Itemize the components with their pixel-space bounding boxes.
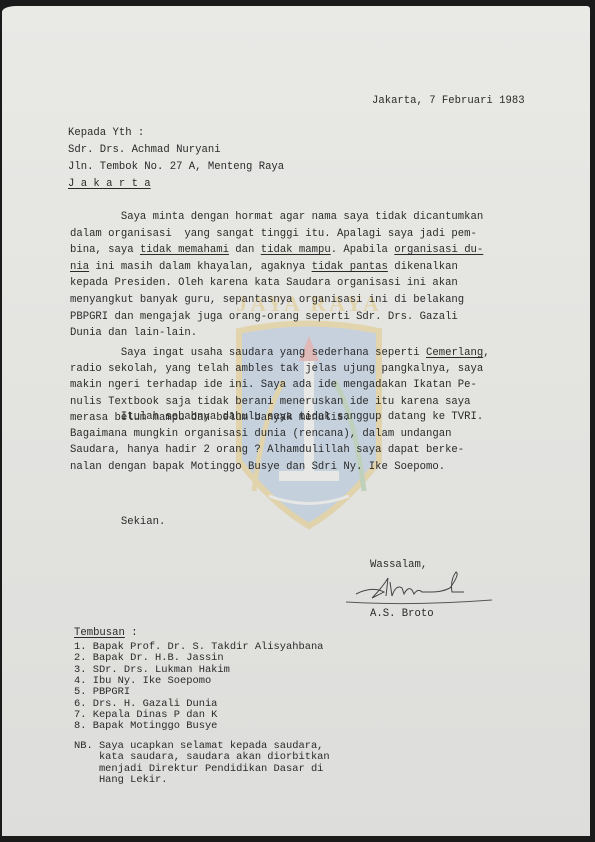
text-segment: Itulah sebabnya dahulu saya tidak sanggu… xyxy=(70,411,483,423)
paragraph-1-line: dalam organisasi yang sangat tinggi itu.… xyxy=(70,227,477,241)
paragraph-1-line: nia ini masih dalam khayalan, agaknya ti… xyxy=(70,260,458,274)
signatory-name: A.S. Broto xyxy=(370,607,434,621)
cc-list-item: 8. Bapak Motinggo Busye xyxy=(74,721,217,732)
recipient-street: Jln. Tembok No. 27 A, Menteng Raya xyxy=(68,160,284,174)
text-segment: . Apabila xyxy=(331,244,395,256)
recipient-name: Sdr. Drs. Achmad Nuryani xyxy=(68,143,221,157)
text-segment: ini masih dalam khayalan, agaknya xyxy=(89,261,312,273)
paragraph-2-line: makin ngeri terhadap ide ini. Saya ada i… xyxy=(70,378,477,392)
text-segment: nulis Textbook saja tidak berani menerus… xyxy=(70,396,471,408)
text-segment: dalam organisasi yang sangat tinggi itu.… xyxy=(70,228,477,240)
text-segment: Saya minta dengan hormat agar nama saya … xyxy=(70,211,483,223)
underlined-text: tidak mampu xyxy=(261,244,331,256)
paragraph-2-line: nulis Textbook saja tidak berani menerus… xyxy=(70,395,471,409)
underlined-text: organisasi du- xyxy=(394,244,483,256)
cc-list-item: 5. PBPGRI xyxy=(74,687,130,698)
text-segment: Saya ingat usaha saudara yang sederhana … xyxy=(70,347,426,359)
paragraph-1-line: bina, saya tidak memahami dan tidak mamp… xyxy=(70,243,483,257)
text-segment: bina, saya xyxy=(70,244,140,256)
paragraph-1-line: Dunia dan lain-lain. xyxy=(70,326,197,340)
nb-line: Hang Lekir. xyxy=(74,775,168,786)
paragraph-3-line: Itulah sebabnya dahulu saya tidak sanggu… xyxy=(70,410,483,424)
underlined-text: Cemerlang xyxy=(426,347,483,359)
letter-date: Jakarta, 7 Februari 1983 xyxy=(372,94,525,108)
text-segment: Sekian. xyxy=(70,516,165,528)
recipient-city: J a k a r t a xyxy=(68,177,151,191)
text-segment: nalan dengan bapak Motinggo Busye dan Sd… xyxy=(70,461,445,473)
paragraph-4-line: Sekian. xyxy=(70,515,165,529)
paragraph-1-line: Saya minta dengan hormat agar nama saya … xyxy=(70,210,483,224)
paragraph-2-line: Saya ingat usaha saudara yang sederhana … xyxy=(70,346,490,360)
text-segment: , xyxy=(483,347,489,359)
text-segment: kepada Presiden. Oleh karena kata Saudar… xyxy=(70,277,458,289)
cc-heading: Tembusan : xyxy=(74,626,138,640)
recipient-salutation: Kepada Yth : xyxy=(68,126,144,140)
underlined-text: nia xyxy=(70,261,89,273)
underlined-text: tidak pantas xyxy=(312,261,388,273)
underlined-text: tidak memahami xyxy=(140,244,229,256)
paragraph-3-line: Bagaimana mungkin organisasi dunia (renc… xyxy=(70,427,451,441)
text-segment: Saudara, hanya hadir 2 orang ? Alhamduli… xyxy=(70,444,464,456)
paragraph-1-line: kepada Presiden. Oleh karena kata Saudar… xyxy=(70,276,458,290)
text-segment: dan xyxy=(229,244,261,256)
paragraph-3-line: nalan dengan bapak Motinggo Busye dan Sd… xyxy=(70,460,445,474)
text-segment: Bagaimana mungkin organisasi dunia (renc… xyxy=(70,428,451,440)
paragraph-1-line: menyangkut banyak guru, sepantasnya orga… xyxy=(70,293,464,307)
text-segment: PBPGRI dan mengajak juga orang-orang sep… xyxy=(70,311,458,323)
text-segment: Dunia dan lain-lain. xyxy=(70,327,197,339)
nb-line: kata saudara, saudara akan diorbitkan xyxy=(74,752,330,763)
paragraph-1-line: PBPGRI dan mengajak juga orang-orang sep… xyxy=(70,310,458,324)
letter-page: JAYA RAYA Jakarta, 7 Februari 1983 Kepad… xyxy=(2,6,590,836)
paragraph-2-line: radio sekolah, yang telah ambles tak jel… xyxy=(70,362,483,376)
text-segment: dikenalkan xyxy=(388,261,458,273)
cc-heading-colon: : xyxy=(125,627,138,639)
cc-list-item: 2. Bapak Dr. H.B. Jassin xyxy=(74,653,224,664)
text-segment: makin ngeri terhadap ide ini. Saya ada i… xyxy=(70,379,477,391)
text-segment: radio sekolah, yang telah ambles tak jel… xyxy=(70,363,483,375)
paragraph-3-line: Saudara, hanya hadir 2 orang ? Alhamduli… xyxy=(70,443,464,457)
cc-heading-label: Tembusan xyxy=(74,627,125,639)
text-segment: menyangkut banyak guru, sepantasnya orga… xyxy=(70,294,464,306)
